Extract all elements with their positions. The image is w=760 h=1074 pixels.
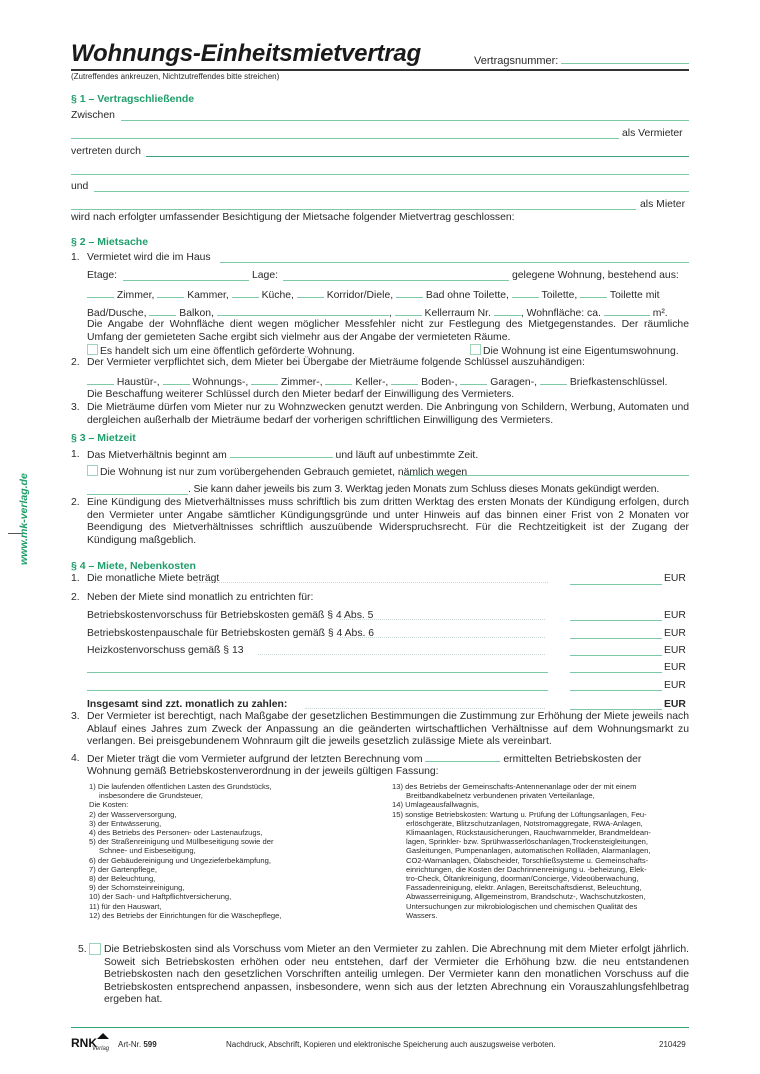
contract-number: Vertragsnummer:: [474, 55, 689, 67]
leader-dots: [305, 701, 545, 709]
cost-item: 14) Umlageausfallwagnis,: [392, 800, 692, 809]
copyright-notice: Nachdruck, Abschrift, Kopieren und elekt…: [226, 1040, 556, 1049]
advance-payment-checkbox[interactable]: [89, 943, 101, 955]
advance-payment-text: Die Betriebskosten sind als Vorschuss vo…: [104, 944, 689, 1007]
currency-label: EUR: [664, 662, 686, 673]
calculation-date-field[interactable]: [425, 753, 500, 762]
front-door-key-field[interactable]: [87, 376, 114, 385]
condo-checkbox[interactable]: [470, 344, 481, 355]
key-type: Briefkastenschlüssel.: [570, 377, 668, 388]
between-label: Zwischen: [71, 110, 115, 121]
key-type: Haustür-,: [117, 377, 160, 388]
floor-field[interactable]: [123, 280, 249, 281]
document-title: Wohnungs-Einheitsmietvertrag: [71, 40, 421, 68]
room-key-field[interactable]: [251, 376, 278, 385]
landlord-name-field[interactable]: [121, 120, 689, 121]
cost-item: Fassadenreinigung, elektr. Anlagen, Bere…: [392, 883, 692, 892]
landlord-address-field[interactable]: [71, 138, 619, 139]
representative-field[interactable]: [146, 156, 689, 157]
cost-item: 13) des Betriebs der Gemeinschafts-Anten…: [392, 782, 692, 791]
start-date-suffix: und läuft auf unbestimmte Zeit.: [336, 450, 479, 461]
temporary-use-option[interactable]: Die Wohnung ist nur zum vorübergehenden …: [87, 465, 467, 478]
cost-item: 3) der Entwässerung,: [89, 819, 379, 828]
start-date-field[interactable]: [230, 449, 333, 458]
section-4-heading: § 4 – Miete, Nebenkosten: [71, 560, 196, 572]
currency-label: EUR: [664, 573, 686, 584]
room-type: Toilette,: [542, 290, 578, 301]
cost-item: Gasleitungen, Pumpenanlagen, automatisch…: [392, 846, 692, 855]
currency-label: EUR: [664, 628, 686, 639]
cost-item: 15) sonstige Betriebskosten: Wartung u. …: [392, 810, 692, 819]
total-label: Insgesamt sind zzt. monatlich zu zahlen:: [87, 699, 287, 710]
title-rule: [71, 69, 689, 71]
item-number: 1.: [71, 252, 80, 263]
cost-list-right: 13) des Betriebs der Gemeinschafts-Anten…: [392, 782, 692, 920]
room-type: Bad ohne Toilette,: [426, 290, 509, 301]
cellar-count-field[interactable]: [395, 307, 422, 316]
cost-list-left: 1) Die laufenden öffentlichen Lasten des…: [89, 782, 379, 920]
item-number: 2.: [71, 357, 80, 368]
footer-rule: [71, 1027, 689, 1028]
position-label: Lage:: [252, 270, 278, 281]
rooms-count-field[interactable]: [87, 289, 114, 298]
termination-note: . Sie kann daher jeweils bis zum 3. Werk…: [188, 484, 659, 495]
operating-cost-flatrate-field[interactable]: [570, 638, 662, 639]
keys-text: Der Vermieter verpflichtet sich, dem Mie…: [87, 357, 585, 368]
cost-item: 12) des Betriebs der Einrichtungen für d…: [89, 911, 379, 920]
attic-key-field[interactable]: [391, 376, 418, 385]
floor-label: Etage:: [87, 270, 117, 281]
cost-item: 8) der Beleuchtung,: [89, 874, 379, 883]
logo-mark-icon: [97, 1033, 109, 1039]
cost-item: CO2-Warnanlagen, Ölabscheider, Torschlie…: [392, 856, 692, 865]
operating-costs-suffix: ermittelten Betriebskosten der: [503, 754, 641, 765]
cost-item: Die Kosten:: [89, 800, 379, 809]
cost-item: 7) der Gartenpflege,: [89, 865, 379, 874]
charge-row-label: Betriebskostenvorschuss für Betriebskost…: [87, 610, 373, 621]
area-note: Die Angabe der Wohnfläche dient wegen mö…: [87, 319, 689, 344]
closing-sentence: wird nach erfolgter umfassender Besichti…: [71, 212, 515, 223]
keys-note: Die Beschaffung weiterer Schlüssel durch…: [87, 389, 514, 400]
cost-item: 2) der Wasserversorgung,: [89, 810, 379, 819]
section-3-heading: § 3 – Mietzeit: [71, 432, 136, 444]
leader-dots: [196, 575, 548, 583]
cost-item: lagen, Sprinkler- bzw. Sprühwasserlöscha…: [392, 837, 692, 846]
apartment-key-field[interactable]: [163, 376, 190, 385]
represented-label: vertreten durch: [71, 146, 141, 157]
extra-charge-amount-field[interactable]: [570, 672, 662, 673]
area-field[interactable]: [604, 307, 650, 316]
leader-dots: [340, 630, 545, 638]
section-1-heading: § 1 – Vertragschließende: [71, 93, 194, 105]
corridor-count-field[interactable]: [297, 289, 324, 298]
start-date-row: Das Mietverhältnis beginnt am und läuft …: [87, 449, 478, 461]
cost-item: 11) für den Hauswart,: [89, 902, 379, 911]
currency-label: EUR: [664, 699, 686, 710]
usage-text: Die Mieträume dürfen vom Mieter nur zu W…: [87, 402, 689, 427]
termination-text: Eine Kündigung des Mietverhältnisses mus…: [87, 497, 689, 547]
balcony-label: Balkon,: [179, 308, 214, 319]
area-label: , Wohnfläche: ca.: [521, 308, 601, 319]
cost-item: Klimaanlagen, Rückstausicherungen, Rauch…: [392, 828, 692, 837]
charges-label: Neben der Miete sind monatlich zu entric…: [87, 592, 313, 603]
section-2-heading: § 2 – Mietsache: [71, 236, 148, 248]
article-label: Art-Nr.: [118, 1040, 141, 1049]
room-type: Toilette mit: [610, 290, 660, 301]
rooms-row: Zimmer, Kammer, Küche, Korridor/Diele, B…: [87, 289, 660, 301]
item-number: 2.: [71, 592, 80, 603]
heating-advance-field[interactable]: [570, 655, 662, 656]
currency-label: EUR: [664, 680, 686, 691]
article-number: Art-Nr. 599: [118, 1040, 157, 1049]
tenant-suffix: als Mieter: [640, 199, 685, 210]
house-field[interactable]: [220, 262, 689, 263]
public-housing-option[interactable]: Es handelt sich um eine öffentlich geför…: [87, 344, 355, 357]
item-number: 3.: [71, 711, 80, 722]
landlord-suffix: als Vermieter: [622, 128, 683, 139]
instruction-note: (Zutreffendes ankreuzen, Nichtzutreffend…: [71, 72, 279, 81]
representative-extra-field[interactable]: [71, 174, 689, 175]
item-number: 3.: [71, 402, 80, 413]
position-field[interactable]: [283, 280, 509, 281]
key-type: Boden-,: [421, 377, 457, 388]
condo-label: Die Wohnung ist eine Eigentumswohnung.: [483, 346, 679, 357]
currency-label: EUR: [664, 610, 686, 621]
cellar-label: Kellerraum Nr.: [425, 308, 491, 319]
mailbox-key-field[interactable]: [540, 376, 567, 385]
charge-row-label: Betriebskostenpauschale für Betriebskost…: [87, 628, 374, 639]
leader-dots: [340, 612, 545, 620]
bath-no-toilet-count-field[interactable]: [396, 289, 423, 298]
key-type: Keller-,: [355, 377, 388, 388]
item-number: 1.: [71, 449, 80, 460]
contract-number-label: Vertragsnummer:: [474, 55, 558, 67]
item-number: 1.: [71, 573, 80, 584]
key-type: Zimmer-,: [281, 377, 323, 388]
rent-amount-field[interactable]: [570, 584, 662, 585]
cost-item: Schnee- und Eisbeseitigung,: [89, 846, 379, 855]
cellar-key-field[interactable]: [325, 376, 352, 385]
temporary-reason-field-2[interactable]: [87, 494, 188, 495]
leader-dots: [258, 647, 545, 655]
temporary-use-label: Die Wohnung ist nur zum vorübergehenden …: [100, 467, 467, 478]
toilet-with-bath-count-field[interactable]: [580, 289, 607, 298]
cost-item: insbesondere die Grundsteuer,: [89, 791, 379, 800]
cost-item: 10) der Sach- und Haftpflichtversicherun…: [89, 892, 379, 901]
room-type: Korridor/Diele,: [327, 290, 393, 301]
advance-payment-option[interactable]: [89, 943, 103, 957]
publisher-url: www.mk-verlag.de: [18, 473, 30, 565]
operating-costs-row: Der Mieter trägt die vom Vermieter aufgr…: [87, 753, 641, 765]
area-unit: m².: [653, 308, 668, 319]
tenant-address-field[interactable]: [71, 209, 636, 210]
key-type: Wohnungs-,: [192, 377, 248, 388]
room-type: Kammer,: [187, 290, 229, 301]
cost-item: tro-Check, Öltankreinigung, doorman/Conc…: [392, 874, 692, 883]
total-amount-field[interactable]: [570, 709, 662, 710]
operating-costs-prefix: Der Mieter trägt die vom Vermieter aufgr…: [87, 754, 423, 765]
house-label: Vermietet wird die im Haus: [87, 252, 211, 263]
item-number: 5.: [78, 944, 87, 955]
contract-page: www.mk-verlag.de Wohnungs-Einheitsmietve…: [0, 0, 760, 1074]
public-housing-checkbox[interactable]: [87, 344, 98, 355]
extra-charge-label-field[interactable]: [87, 672, 548, 673]
extra-room-field[interactable]: [217, 307, 389, 316]
garage-key-field[interactable]: [460, 376, 487, 385]
key-type: Garagen-,: [490, 377, 537, 388]
operating-costs-line2: Wohnung gemäß Betriebskostenverordnung i…: [87, 766, 439, 777]
public-housing-label: Es handelt sich um eine öffentlich geför…: [100, 346, 355, 357]
item-number: 2.: [71, 497, 80, 508]
kitchen-count-field[interactable]: [232, 289, 259, 298]
form-code: 210429: [659, 1040, 686, 1049]
balcony-count-field[interactable]: [149, 307, 176, 316]
temporary-use-checkbox[interactable]: [87, 465, 98, 476]
bath-row: Bad/Dusche, Balkon, , Kellerraum Nr. , W…: [87, 307, 668, 319]
cost-item: 6) der Gebäudereinigung und Ungezieferbe…: [89, 856, 379, 865]
cost-item: einrichtungen, die Kosten der Dachrinnen…: [392, 865, 692, 874]
contract-number-field[interactable]: [561, 55, 689, 64]
cost-item: Wassers.: [392, 911, 692, 920]
condo-option[interactable]: Die Wohnung ist eine Eigentumswohnung.: [470, 344, 679, 357]
room-type: Zimmer,: [117, 290, 155, 301]
apartment-suffix: gelegene Wohnung, bestehend aus:: [512, 270, 679, 281]
cellar-number-field[interactable]: [494, 307, 521, 316]
cost-item: erlöschgeräte, Blitzschutzanlagen, Notst…: [392, 819, 692, 828]
extra-charge-label-field-2[interactable]: [87, 690, 548, 691]
operating-cost-advance-field[interactable]: [570, 620, 662, 621]
cost-item: 1) Die laufenden öffentlichen Lasten des…: [89, 782, 379, 791]
cost-item: Breitbandkabelnetz verbundenen privaten …: [392, 791, 692, 800]
bath-label: Bad/Dusche,: [87, 308, 147, 319]
cost-item: 5) der Straßenreinigung und Müllbeseitig…: [89, 837, 379, 846]
charge-row-label: Heizkostenvorschuss gemäß § 13: [87, 645, 244, 656]
currency-label: EUR: [664, 645, 686, 656]
cost-item: 4) des Betriebs des Personen- oder Laste…: [89, 828, 379, 837]
keys-row: Haustür-, Wohnungs-, Zimmer-, Keller-, B…: [87, 376, 667, 388]
publisher-logo-sub: Verlag: [92, 1046, 109, 1052]
tenant-name-field[interactable]: [94, 191, 689, 192]
cost-item: 9) der Schornsteinreinigung,: [89, 883, 379, 892]
cost-item: Untersuchungen zur mikrobiologischen und…: [392, 902, 692, 911]
start-date-label: Das Mietverhältnis beginnt am: [87, 450, 227, 461]
chamber-count-field[interactable]: [157, 289, 184, 298]
cost-item: Abwasserreinigung, Allgemeinstrom, Brand…: [392, 892, 692, 901]
rent-increase-text: Der Vermieter ist berechtigt, nach Maßga…: [87, 711, 689, 749]
temporary-reason-field[interactable]: [403, 475, 689, 476]
item-number: 4.: [71, 753, 80, 764]
article-number-value: 599: [143, 1040, 156, 1049]
and-label: und: [71, 181, 88, 192]
room-type: Küche,: [262, 290, 294, 301]
extra-charge-amount-field-2[interactable]: [570, 690, 662, 691]
toilet-count-field[interactable]: [512, 289, 539, 298]
